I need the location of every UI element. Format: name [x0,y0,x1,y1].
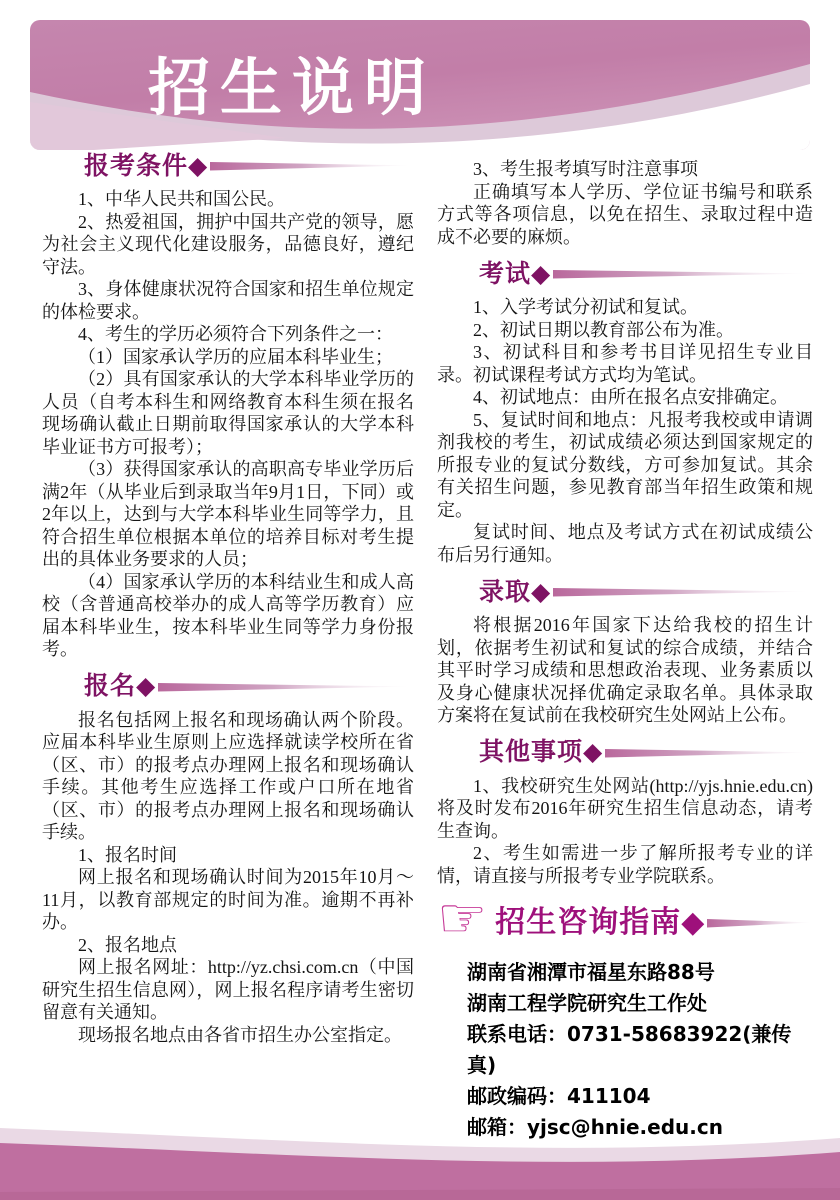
heading-wedge-line-icon [553,269,813,279]
heading-wedge-line-icon [605,748,813,758]
paragraph: 1、入学考试分初试和复试。 [437,296,813,319]
paragraph: （2）具有国家承认的大学本科毕业学历的人员（自考本科生和网络教育本科生须在报名现… [42,368,414,458]
section-admission: 录取◆ 将根据2016年国家下达给我校的招生计划，依据考生初试和复试的综合成绩，… [437,576,813,727]
right-column: 3、考生报考填写时注意事项 正确填写本人学历、学位证书编号和联系方式等各项信息，… [437,158,813,1143]
paragraph: （3）获得国家承认的高职高专毕业学历后满2年（从毕业后到录取当年9月1日，下同）… [42,458,414,571]
section-examination: 考试◆ 1、入学考试分初试和复试。 2、初试日期以教育部公布为准。 3、初试科目… [437,258,813,566]
section-heading-row: 报名◆ [84,671,414,703]
paragraph: 2、考生如需进一步了解所报考专业的详情，请直接与所报考专业学院联系。 [437,842,813,887]
paragraph: 3、考生报考填写时注意事项 [437,158,813,181]
paragraph: 网上报名网址：http://yz.chsi.com.cn（中国研究生招生信息网）… [42,956,414,1024]
heading-wedge-line-icon [707,918,813,928]
paragraph: 复试时间、地点及考试方式在初试成绩公布后另行通知。 [437,521,813,566]
paragraph: 4、考生的学历必须符合下列条件之一： [42,323,414,346]
left-column: 报考条件◆ 1、中华人民共和国公民。 2、热爱祖国，拥护中国共产党的领导，愿为社… [42,150,414,1046]
heading-wedge-line-icon [210,161,414,171]
section-heading-row: 录取◆ [479,576,813,608]
paragraph: 网上报名和现场确认时间为2015年10月～11月，以教育部规定的时间为准。逾期不… [42,866,414,934]
section-title-kaoshi: 考试◆ [479,263,551,286]
header-banner: 招生说明 [30,20,810,150]
pointing-hand-icon: ☞ [437,893,487,945]
paragraph: 2、报名地点 [42,934,414,957]
section-heading-row: 报考条件◆ [84,150,414,182]
paragraph: 1、报名时间 [42,844,414,867]
section-other-matters: 其他事项◆ 1、我校研究生处网站(http://yjs.hnie.edu.cn)… [437,737,813,888]
paragraph: 现场报名地点由各省市招生办公室指定。 [42,1024,414,1047]
paragraph: 5、复试时间和地点：凡报考我校或申请调剂我校的考生，初试成绩必须达到国家规定的所… [437,409,813,522]
paragraph: 2、初试日期以教育部公布为准。 [437,319,813,342]
paragraph: 3、身体健康状况符合国家和招生单位规定的体检要求。 [42,278,414,323]
paragraph: 1、中华人民共和国公民。 [42,188,414,211]
guide-heading-row: ☞ 招生咨询指南◆ [437,897,813,949]
page-title: 招生说明 [148,38,436,127]
section-title-baokao-tiaojian: 报考条件◆ [84,155,208,178]
section-heading-row: 其他事项◆ [479,737,813,769]
section-application-conditions: 报考条件◆ 1、中华人民共和国公民。 2、热爱祖国，拥护中国共产党的领导，愿为社… [42,150,414,661]
paragraph: 正确填写本人学历、学位证书编号和联系方式等各项信息，以免在招生、录取过程中造成不… [437,181,813,249]
paragraph: 4、初试地点：由所在报名点安排确定。 [437,386,813,409]
section-filling-notes: 3、考生报考填写时注意事项 正确填写本人学历、学位证书编号和联系方式等各项信息，… [437,158,813,248]
paragraph: 1、我校研究生处网站(http://yjs.hnie.edu.cn)将及时发布2… [437,775,813,843]
contact-unit-line: 湖南工程学院研究生工作处 [467,988,813,1019]
section-registration: 报名◆ 报名包括网上报名和现场确认两个阶段。应届本科毕业生原则上应选择就读学校所… [42,671,414,1047]
paragraph: （4）国家承认学历的本科结业生和成人高校（含普通高校举办的成人高等学历教育）应届… [42,571,414,661]
paragraph: 将根据2016年国家下达给我校的招生计划，依据考生初试和复试的综合成绩，并结合其… [437,614,813,727]
contact-address-line: 湖南省湘潭市福星东路88号 [467,957,813,988]
paragraph: 报名包括网上报名和现场确认两个阶段。应届本科毕业生原则上应选择就读学校所在省（区… [42,709,414,844]
paragraph: 3、初试科目和参考书目详见招生专业目录。初试课程考试方式均为笔试。 [437,341,813,386]
heading-wedge-line-icon [158,682,414,692]
paragraph: （1）国家承认学历的应届本科毕业生； [42,346,414,369]
paragraph: 2、热爱祖国，拥护中国共产党的领导，愿为社会主义现代化建设服务，品德良好，遵纪守… [42,211,414,279]
section-title-qita-shixiang: 其他事项◆ [479,741,603,764]
section-heading-row: 考试◆ [479,258,813,290]
section-title-luqu: 录取◆ [479,581,551,604]
contact-phone-line: 联系电话：0731-58683922(兼传真) [467,1019,813,1081]
section-title-zixun-zhinan: 招生咨询指南◆ [495,912,705,935]
section-title-baoming: 报名◆ [84,675,156,698]
bottom-wave-decoration-icon [0,1090,840,1200]
heading-wedge-line-icon [553,587,813,597]
